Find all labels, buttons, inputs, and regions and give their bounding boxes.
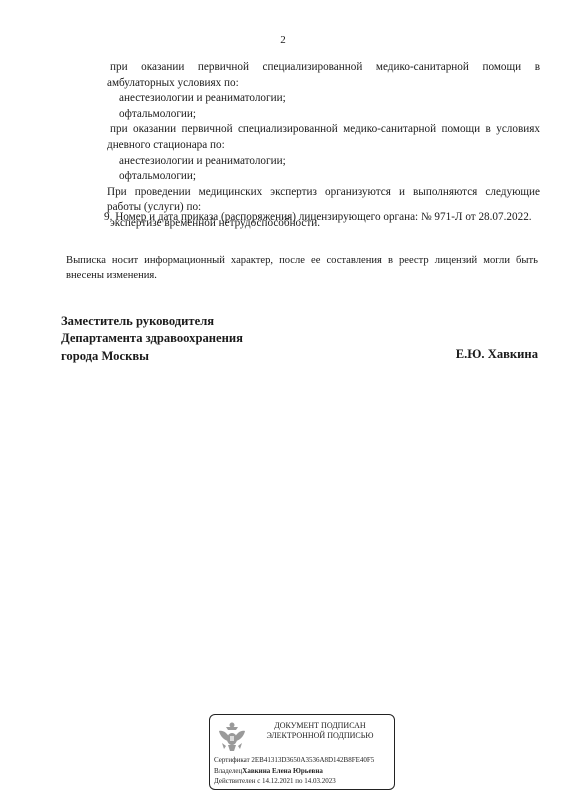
- validity-line: Действителен с 14.12.2021 по 14.03.2023: [214, 776, 374, 787]
- signer-position-line: Заместитель руководителя: [61, 313, 243, 330]
- owner-value: Хавкина Елена Юрьевна: [242, 767, 323, 775]
- activity-line: офтальмологии;: [107, 107, 540, 123]
- stamp-title: ДОКУМЕНТ ПОДПИСАН ЭЛЕКТРОННОЙ ПОДПИСЬЮ: [250, 721, 390, 741]
- owner-line: ВладелецХавкина Елена Юрьевна: [214, 766, 374, 777]
- signer-name: Е.Ю. Хавкина: [456, 347, 538, 362]
- activity-line: дневного стационара по:: [107, 138, 540, 154]
- certificate-line: Сертификат 2EB41313D3650A3536A8D142B8FE4…: [214, 755, 374, 766]
- signer-position-line: города Москвы: [61, 348, 243, 365]
- disclaimer-line: Выписка носит информационный характер, п…: [66, 253, 538, 268]
- signer-position-line: Департамента здравоохранения: [61, 330, 243, 347]
- activity-line: анестезиологии и реаниматологии;: [107, 154, 540, 170]
- disclaimer-line: внесены изменения.: [66, 268, 538, 283]
- certificate-value: 2EB41313D3650A3536A8D142B8FE40F5: [251, 756, 374, 764]
- activity-line: офтальмологии;: [107, 169, 540, 185]
- stamp-details: Сертификат 2EB41313D3650A3536A8D142B8FE4…: [214, 755, 374, 787]
- page-number: 2: [0, 34, 566, 46]
- certificate-label: Сертификат: [214, 756, 250, 764]
- disclaimer-note: Выписка носит информационный характер, п…: [66, 253, 538, 283]
- activity-line: анестезиологии и реаниматологии;: [107, 91, 540, 107]
- activity-line: при оказании первичной специализированно…: [107, 122, 540, 138]
- activity-line: при оказании первичной специализированно…: [107, 60, 540, 76]
- coat-of-arms-icon: [217, 721, 247, 753]
- license-order-line: 9. Номер и дата приказа (распоряжения) л…: [104, 211, 532, 223]
- activity-line: амбулаторных условиях по:: [107, 76, 540, 92]
- e-signature-stamp: ДОКУМЕНТ ПОДПИСАН ЭЛЕКТРОННОЙ ПОДПИСЬЮ С…: [209, 714, 395, 790]
- stamp-title-line: ЭЛЕКТРОННОЙ ПОДПИСЬЮ: [250, 731, 390, 741]
- signer-position: Заместитель руководителя Департамента зд…: [61, 313, 243, 365]
- license-activities-list: при оказании первичной специализированно…: [107, 60, 540, 232]
- stamp-title-line: ДОКУМЕНТ ПОДПИСАН: [250, 721, 390, 731]
- activity-line: При проведении медицинских экспертиз орг…: [107, 185, 540, 201]
- owner-label: Владелец: [214, 767, 242, 775]
